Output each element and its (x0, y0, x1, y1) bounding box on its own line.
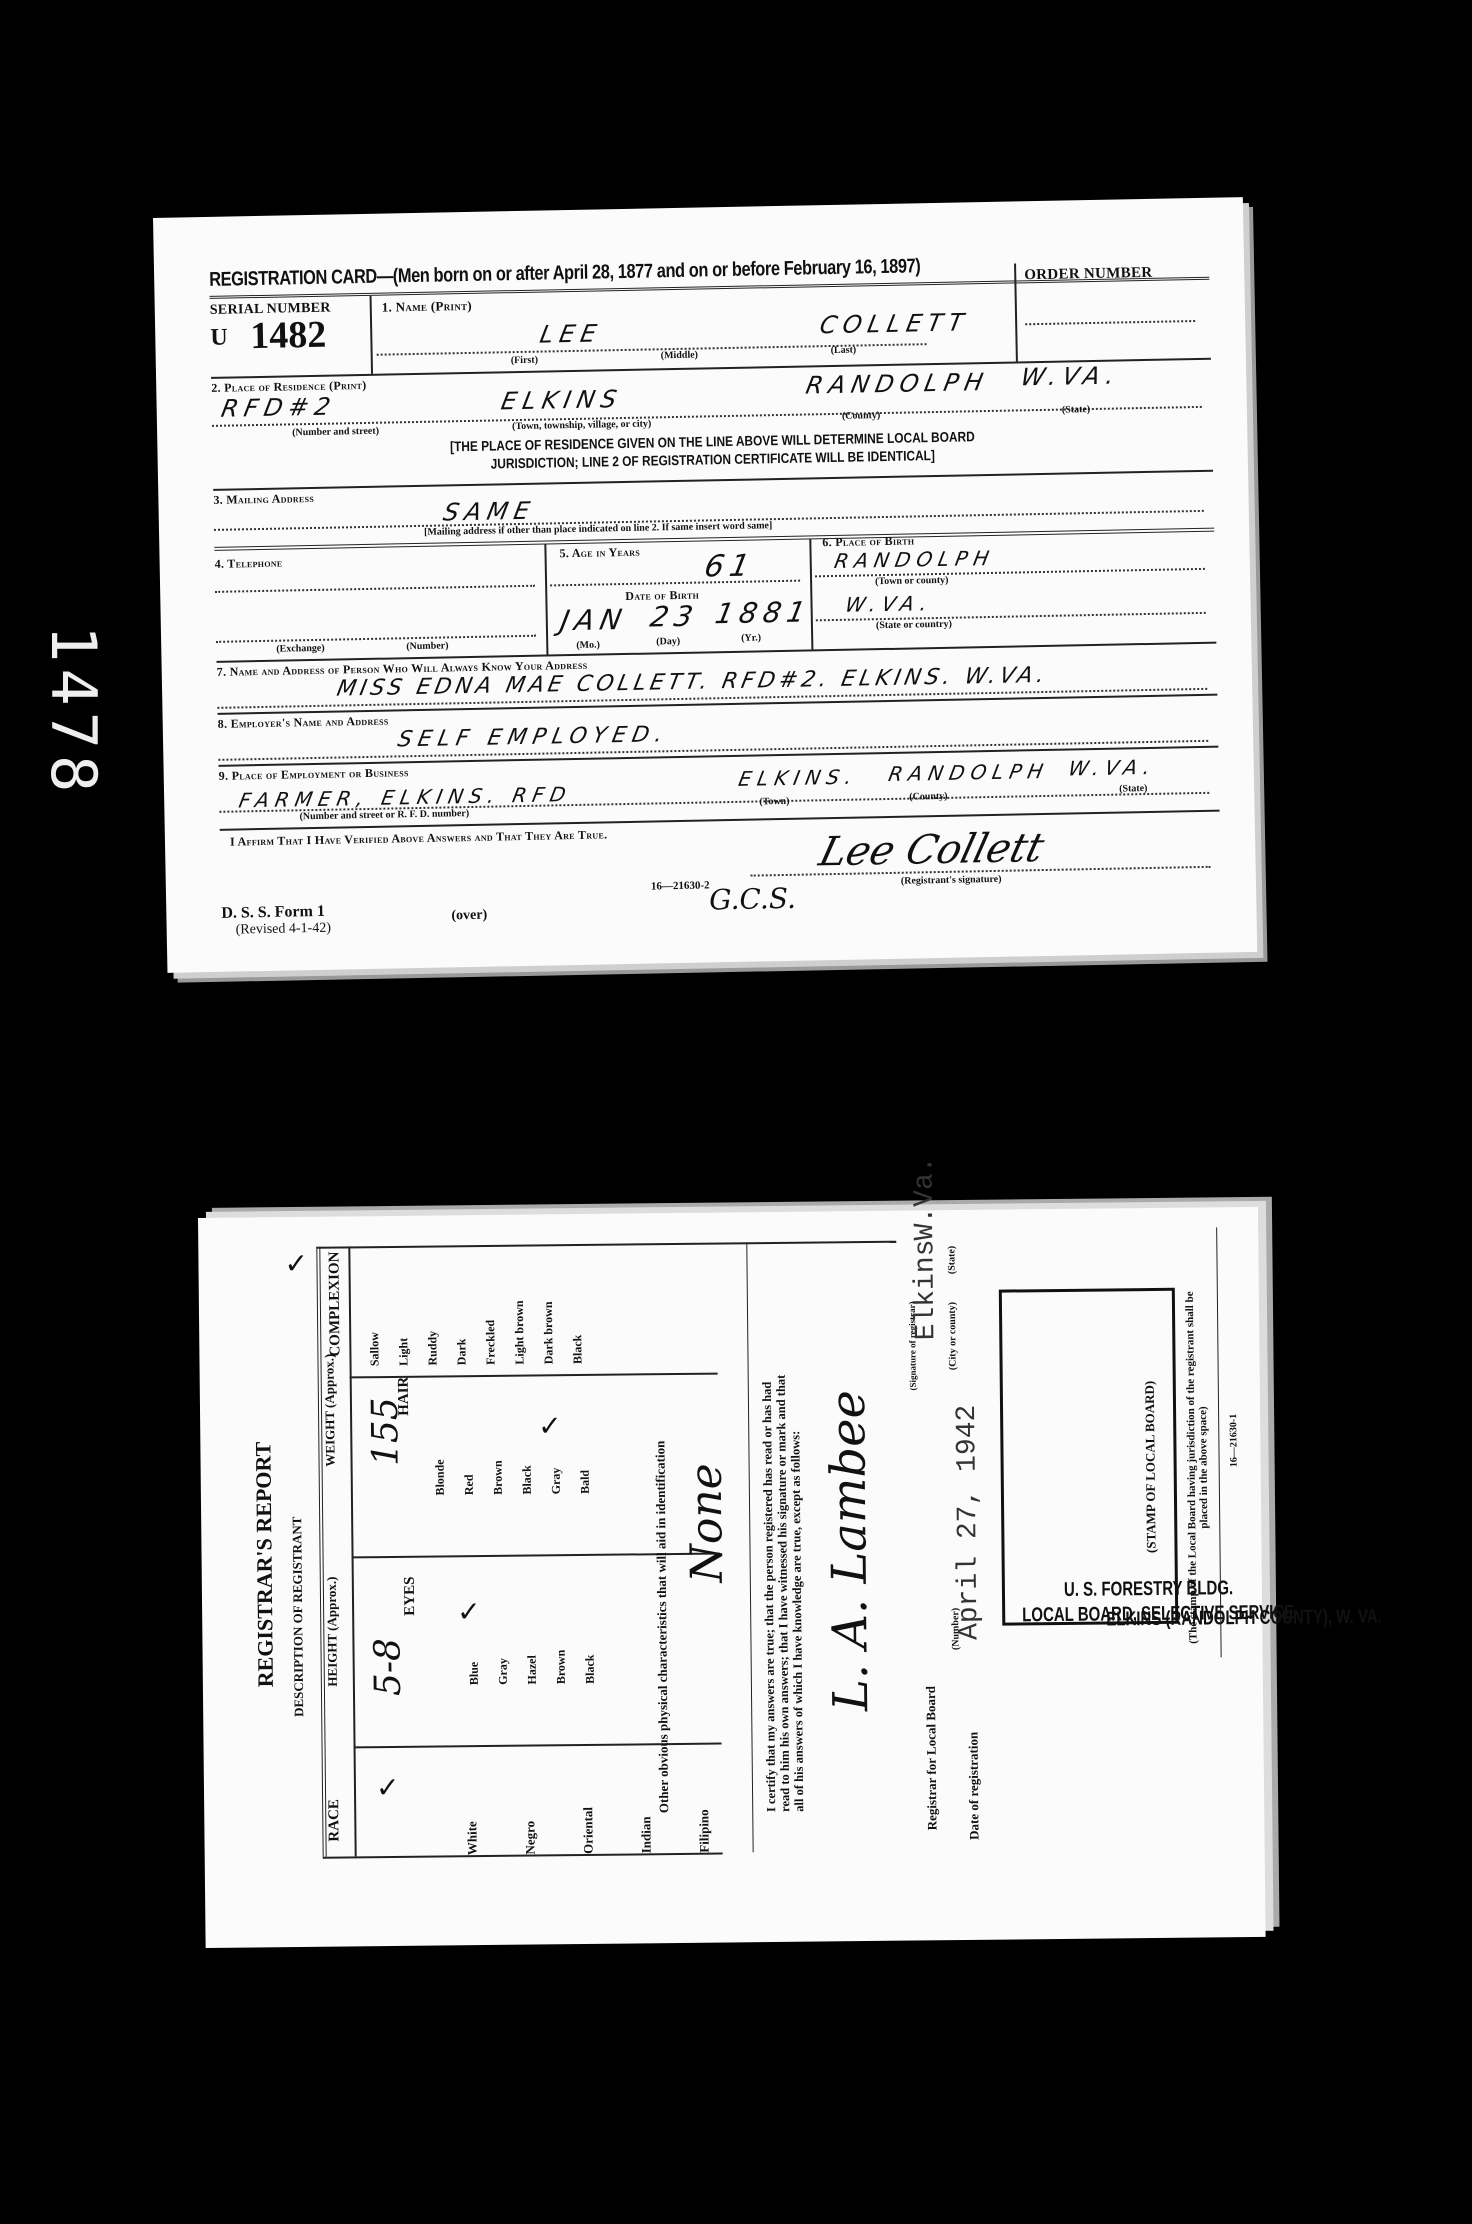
divider (1014, 263, 1018, 361)
employment-town-caption: (Town) (759, 796, 789, 808)
race-options: WhiteNegroOrientalIndianFilipino (198, 1207, 1258, 1218)
stamp-note: (The stamp of the Local Board having jur… (1184, 1287, 1212, 1647)
height-value: 5-8 (367, 1638, 409, 1696)
dob-year: 1881 (713, 595, 815, 630)
grid-line (348, 1246, 356, 1856)
registrar-city: Elkins (910, 1239, 942, 1340)
residence-line (212, 406, 1202, 427)
name-first: LEE (538, 319, 605, 348)
mailing-label: 3. Mailing Address (213, 491, 314, 508)
registration-card-back: REGISTRAR'S REPORT DESCRIPTION OF REGIST… (198, 1207, 1266, 1948)
divider (544, 545, 548, 655)
race-label: RACE (326, 1799, 343, 1842)
town-caption: (Town, township, village, or city) (512, 418, 651, 432)
employer-label: 8. Employer's Name and Address (218, 714, 389, 732)
registrar-state: W.Va. (909, 1156, 941, 1240)
hair-label: HAIR (396, 1377, 413, 1416)
option-hair-gray: Gray (549, 1468, 564, 1495)
dob-month: JAN (558, 603, 631, 637)
race-checkmark: ✓ (376, 1771, 400, 1804)
option-race-filipino: Filipino (696, 1809, 712, 1853)
residence-town: ELKINS (499, 385, 625, 415)
middle-caption: (Middle) (661, 350, 698, 362)
frame-number-text: 1478 (37, 625, 110, 798)
hair-options: BlondeRedBrownBlackGrayBald (198, 1207, 1258, 1218)
first-caption: (First) (511, 355, 538, 367)
option-race-indian: Indian (638, 1816, 654, 1853)
birthplace-town: RANDOLPH (832, 546, 997, 573)
row-telephone-age-birth: 4. Telephone (Exchange) (Number) 5. Age … (214, 532, 1216, 663)
age-line (550, 580, 800, 587)
affirm-text: I Affirm That I Have Verified Above Answ… (230, 827, 608, 849)
other-characteristics-label: Other obvious physical characteristics t… (652, 1441, 672, 1814)
complexion-checkmark: ✓ (284, 1247, 308, 1280)
complexion-options: SallowLightRuddyDarkFreckledLight brownD… (198, 1207, 1258, 1218)
age-label: 5. Age in Years (559, 545, 640, 562)
state-caption: (State) (1062, 404, 1091, 416)
option-complexion-sallow: Sallow (367, 1332, 382, 1366)
hair-checkmark: ✓ (538, 1409, 562, 1442)
eyes-checkmark: ✓ (457, 1595, 481, 1628)
day-caption: (Day) (656, 636, 680, 647)
divider (370, 296, 373, 374)
divider (746, 1242, 753, 1852)
microfilm-frame-number: 1478 (40, 615, 120, 855)
option-complexion-ruddy: Ruddy (425, 1331, 440, 1366)
front-print-code: 16—21630-2 (651, 879, 710, 892)
description-subtitle: DESCRIPTION OF REGISTRANT (289, 1517, 307, 1718)
order-line (1025, 320, 1195, 325)
employment-place-county: RANDOLPH (886, 759, 1051, 786)
option-eyes-brown: Brown (554, 1650, 569, 1685)
serial-number: 1482 (250, 313, 327, 358)
employment-place-label: 9. Place of Employment or Business (219, 765, 409, 784)
option-hair-black: Black (520, 1465, 535, 1494)
name-last: COLLETT (817, 308, 971, 339)
registrant-signature: Lee Collett (815, 825, 1049, 876)
birthplace-state-caption: (State or country) (876, 619, 952, 631)
grid-line (350, 1373, 718, 1379)
registrar-board-label: Registrar for Local Board (923, 1686, 941, 1830)
option-hair-bald: Bald (578, 1470, 593, 1494)
option-complexion-dark-brown: Dark brown (541, 1301, 557, 1364)
birthplace-town-caption: (Town or county) (875, 575, 949, 587)
option-race-negro: Negro (522, 1821, 538, 1855)
order-number-label: ORDER NUMBER (1024, 265, 1152, 284)
option-complexion-light-brown: Light brown (512, 1300, 528, 1364)
height-label: HEIGHT (Approx.) (324, 1576, 341, 1686)
street-caption: (Number and street) (292, 426, 379, 439)
registrar-state-caption: (State) (946, 1246, 957, 1274)
last-caption: (Last) (831, 345, 857, 356)
back-print-code: 16—21630-1 (1228, 1414, 1240, 1467)
residence-street: RFD#2 (219, 392, 339, 422)
option-hair-blonde: Blonde (433, 1459, 448, 1495)
county-caption: (County) (842, 410, 881, 422)
stamp-caption: (STAMP OF LOCAL BOARD) (1142, 1381, 1160, 1553)
option-hair-red: Red (462, 1474, 477, 1495)
other-characteristics-value: None (681, 1463, 733, 1583)
option-complexion-black: Black (570, 1335, 585, 1364)
exchange-caption: (Exchange) (276, 643, 325, 655)
clerk-initials: G.C.S. (709, 882, 796, 917)
employment-place-state: W.VA. (1066, 755, 1158, 781)
serial-prefix: U (210, 325, 228, 352)
registration-date-label: Date of registration (965, 1732, 982, 1840)
complexion-label: COMPLEXION (326, 1251, 344, 1356)
age-value: 61 (701, 548, 758, 584)
residence-state: W.VA. (1019, 361, 1123, 391)
dob-day: 23 (648, 600, 702, 634)
option-eyes-gray: Gray (496, 1658, 511, 1685)
table-border (316, 1247, 326, 1857)
option-complexion-dark: Dark (454, 1338, 469, 1365)
option-eyes-blue: Blue (467, 1662, 482, 1685)
option-hair-brown: Brown (491, 1460, 506, 1495)
registration-card-front: REGISTRATION CARD—(Men born on or after … (153, 197, 1257, 973)
affirm-section: I Affirm That I Have Verified Above Answ… (220, 812, 1222, 951)
registrar-signature: L. A. Lambee (820, 1390, 879, 1712)
form-name: D. S. S. Form 1 (221, 903, 325, 923)
option-race-white: White (464, 1821, 480, 1855)
option-race-oriental: Oriental (580, 1807, 596, 1854)
over-note: (over) (451, 908, 487, 925)
birthplace-state: W.VA. (843, 591, 935, 617)
certify-text-3: all of his answers of which I have knowl… (788, 1431, 807, 1812)
eyes-label: EYES (402, 1577, 419, 1616)
name-label: 1. Name (Print) (382, 298, 473, 316)
stamp-line-3: ELKINS (RANDOLPH COUNTY), W. VA. (1106, 1606, 1382, 1632)
option-eyes-black: Black (583, 1654, 598, 1683)
year-caption: (Yr.) (741, 632, 761, 643)
employer-value: SELF EMPLOYED. (396, 722, 671, 752)
row-residence: 2. Place of Residence (Print) RFD#2 ELKI… (211, 360, 1213, 491)
employment-street-caption: (Number and street or R. F. D. number) (299, 808, 469, 822)
registrars-report-title: REGISTRAR'S REPORT (250, 1442, 279, 1688)
form-revised: (Revised 4-1-42) (236, 921, 332, 939)
employment-county-caption: (County) (909, 791, 948, 803)
telephone-line-1 (215, 585, 535, 593)
registration-date: April 27, 1942 (952, 1405, 985, 1641)
registrar-city-caption: (City or county) (947, 1302, 959, 1370)
month-caption: (Mo.) (576, 640, 600, 651)
option-eyes-hazel: Hazel (525, 1655, 540, 1684)
eyes-options: BlueGrayHazelBrownBlack (198, 1207, 1258, 1218)
number-caption: (Number) (406, 640, 448, 652)
option-complexion-light: Light (396, 1338, 411, 1366)
employment-place-town: ELKINS. (737, 765, 860, 791)
residence-county: RANDOLPH (804, 368, 992, 400)
signature-caption: (Registrant's signature) (901, 874, 1002, 887)
telephone-label: 4. Telephone (215, 556, 283, 572)
employment-state-caption: (State) (1119, 783, 1148, 795)
option-complexion-freckled: Freckled (483, 1320, 498, 1365)
table-border (316, 1241, 896, 1249)
telephone-line-2 (216, 635, 536, 643)
weight-label: WEIGHT (Approx.) (321, 1354, 338, 1467)
